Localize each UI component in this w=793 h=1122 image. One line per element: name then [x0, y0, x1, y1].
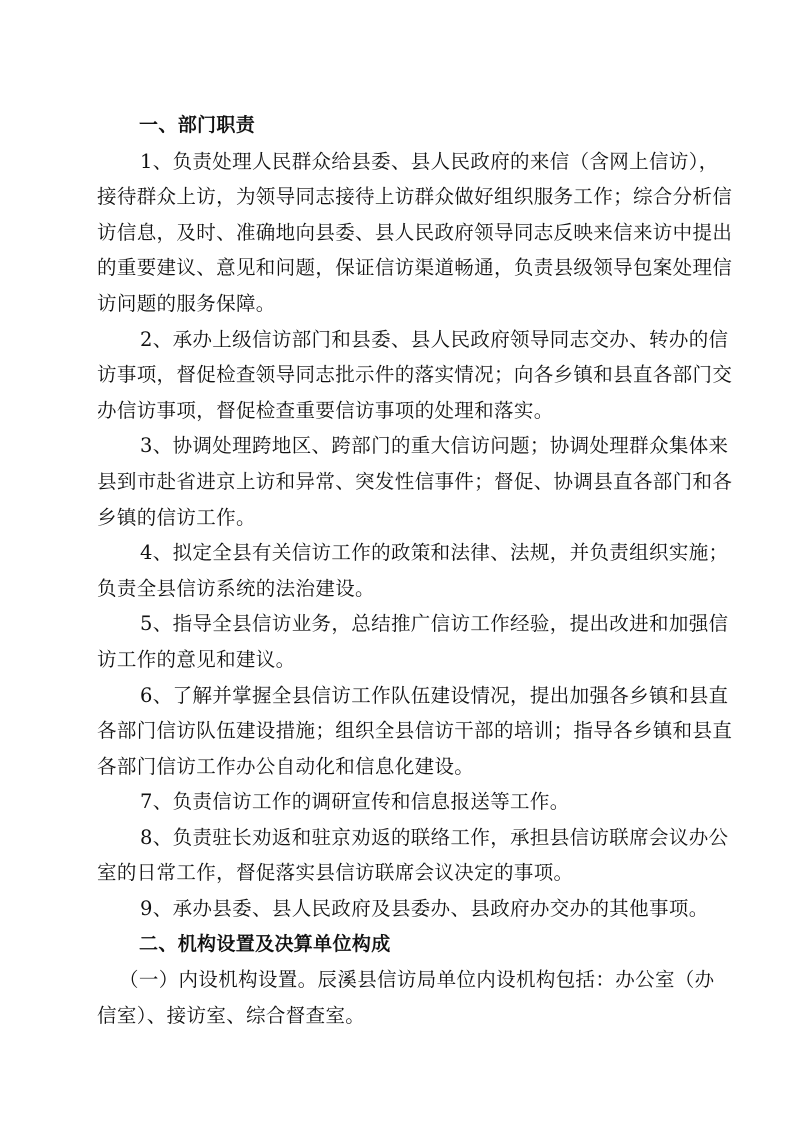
paragraph-4: 4、拟定全县有关信访工作的政策和法律、法规，并负责组织实施； 负责全县信访系统的…: [97, 535, 695, 606]
document-page: 一、部门职责 1、负责处理人民群众给县委、县人民政府的来信（含网上信访）， 接待…: [97, 108, 695, 1033]
text-line: 信室）、接访室、综合督查室。: [97, 998, 695, 1034]
text-line: 3、协调处理跨地区、跨部门的重大信访问题；协调处理群众集体来: [97, 428, 695, 464]
paragraph-7: 7、负责信访工作的调研宣传和信息报送等工作。: [97, 784, 695, 820]
text-line: 办信访事项，督促检查重要信访事项的处理和落实。: [97, 393, 695, 429]
paragraph-3: 3、协调处理跨地区、跨部门的重大信访问题；协调处理群众集体来 县到市赴省进京上访…: [97, 428, 695, 535]
text-line: 各部门信访工作办公自动化和信息化建设。: [97, 749, 695, 785]
text-line: 4、拟定全县有关信访工作的政策和法律、法规，并负责组织实施；: [97, 535, 695, 571]
text-line: 2、承办上级信访部门和县委、县人民政府领导同志交办、转办的信: [97, 322, 695, 358]
text-line: 各部门信访队伍建设措施；组织全县信访干部的培训；指导各乡镇和县直: [97, 713, 695, 749]
text-line: 的重要建议、意见和问题，保证信访渠道畅通，负责县级领导包案处理信: [97, 250, 695, 286]
paragraph-org: （一）内设机构设置。辰溪县信访局单位内设机构包括：办公室（办 信室）、接访室、综…: [97, 962, 695, 1033]
paragraph-6: 6、了解并掌握全县信访工作队伍建设情况，提出加强各乡镇和县直 各部门信访队伍建设…: [97, 678, 695, 785]
text-line: 访信息，及时、准确地向县委、县人民政府领导同志反映来信来访中提出: [97, 215, 695, 251]
text-line: 1、负责处理人民群众给县委、县人民政府的来信（含网上信访），: [97, 144, 695, 180]
text-line: （一）内设机构设置。辰溪县信访局单位内设机构包括：办公室（办: [97, 962, 695, 998]
text-line: 乡镇的信访工作。: [97, 500, 695, 536]
section-heading: 一、部门职责: [97, 108, 695, 144]
text-line: 室的日常工作，督促落实县信访联席会议决定的事项。: [97, 855, 695, 891]
text-line: 7、负责信访工作的调研宣传和信息报送等工作。: [97, 784, 695, 820]
text-line: 负责全县信访系统的法治建设。: [97, 571, 695, 607]
text-line: 6、了解并掌握全县信访工作队伍建设情况，提出加强各乡镇和县直: [97, 678, 695, 714]
text-line: 8、负责驻长劝返和驻京劝返的联络工作，承担县信访联席会议办公: [97, 820, 695, 856]
text-line: 5、指导全县信访业务，总结推广信访工作经验，提出改进和加强信: [97, 606, 695, 642]
section-heading: 二、机构设置及决算单位构成: [97, 927, 695, 963]
text-line: 9、承办县委、县人民政府及县委办、县政府办交办的其他事项。: [97, 891, 695, 927]
paragraph-5: 5、指导全县信访业务，总结推广信访工作经验，提出改进和加强信 访工作的意见和建议…: [97, 606, 695, 677]
text-line: 访问题的服务保障。: [97, 286, 695, 322]
text-line: 访工作的意见和建议。: [97, 642, 695, 678]
text-line: 接待群众上访，为领导同志接待上访群众做好组织服务工作；综合分析信: [97, 179, 695, 215]
text-line: 县到市赴省进京上访和异常、突发性信事件；督促、协调县直各部门和各: [97, 464, 695, 500]
text-line: 访事项，督促检查领导同志批示件的落实情况；向各乡镇和县直各部门交: [97, 357, 695, 393]
paragraph-9: 9、承办县委、县人民政府及县委办、县政府办交办的其他事项。: [97, 891, 695, 927]
paragraph-1: 1、负责处理人民群众给县委、县人民政府的来信（含网上信访）， 接待群众上访，为领…: [97, 144, 695, 322]
paragraph-8: 8、负责驻长劝返和驻京劝返的联络工作，承担县信访联席会议办公 室的日常工作，督促…: [97, 820, 695, 891]
paragraph-2: 2、承办上级信访部门和县委、县人民政府领导同志交办、转办的信 访事项，督促检查领…: [97, 322, 695, 429]
